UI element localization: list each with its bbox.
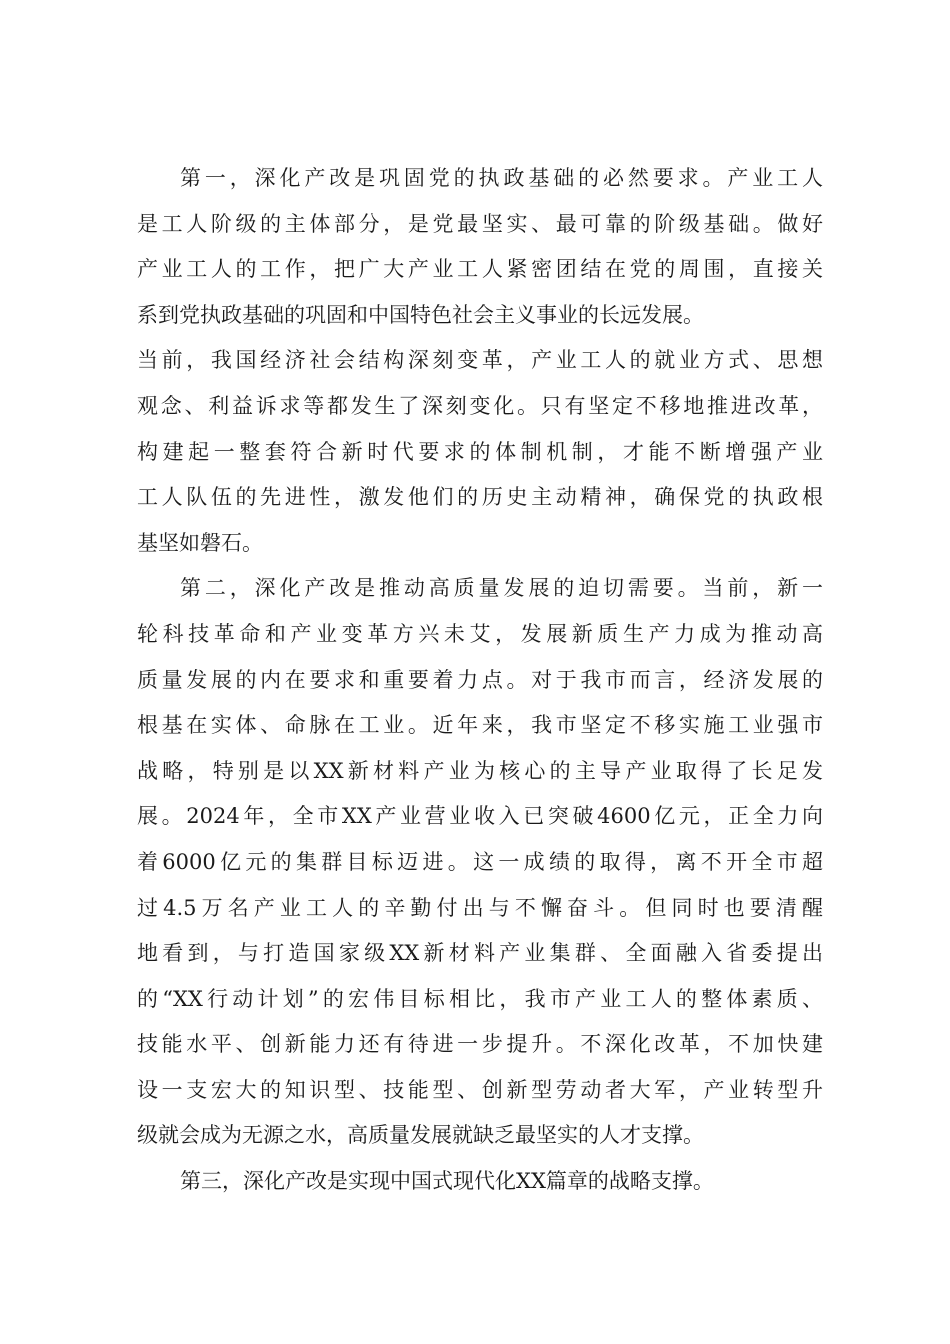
text-line: 产业工人的工作，把广大产业工人紧密团结在党的周围，直接关 <box>137 247 823 293</box>
text-line: 观念、利益诉求等都发生了深刻变化。只有坚定不移地推进改革， <box>137 384 823 430</box>
paragraph-2: 第二，深化产改是推动高质量发展的迫切需要。当前，新一 轮科技革命和产业变革方兴未… <box>137 566 823 1159</box>
text-line: 地看到，与打造国家级XX新材料产业集群、全面融入省委提出 <box>137 931 823 977</box>
text-line: 基坚如磐石。 <box>137 521 823 567</box>
text-line: 第一，深化产改是巩固党的执政基础的必然要求。产业工人 <box>137 156 823 202</box>
document-body: 第一，深化产改是巩固党的执政基础的必然要求。产业工人 是工人阶级的主体部分，是党… <box>137 156 823 1205</box>
text-line: 级就会成为无源之水，高质量发展就缺乏最坚实的人才支撑。 <box>137 1113 823 1159</box>
text-line: 当前，我国经济社会结构深刻变革，产业工人的就业方式、思想 <box>137 338 823 384</box>
text-line: 质量发展的内在要求和重要着力点。对于我市而言，经济发展的 <box>137 658 823 704</box>
text-line: 轮科技革命和产业变革方兴未艾，发展新质生产力成为推动高 <box>137 612 823 658</box>
text-line: 工人队伍的先进性，激发他们的历史主动精神，确保党的执政根 <box>137 475 823 521</box>
text-line: 设一支宏大的知识型、技能型、创新型劳动者大军，产业转型升 <box>137 1068 823 1114</box>
paragraph-1: 第一，深化产改是巩固党的执政基础的必然要求。产业工人 是工人阶级的主体部分，是党… <box>137 156 823 566</box>
paragraph-3: 第三，深化产改是实现中国式现代化XX篇章的战略支撑。 <box>137 1159 823 1205</box>
text-line: 技能水平、创新能力还有待进一步提升。不深化改革，不加快建 <box>137 1022 823 1068</box>
document-page: 第一，深化产改是巩固党的执政基础的必然要求。产业工人 是工人阶级的主体部分，是党… <box>0 0 950 1344</box>
text-line: 根基在实体、命脉在工业。近年来，我市坚定不移实施工业强市 <box>137 703 823 749</box>
text-line: 的“XX行动计划”的宏伟目标相比，我市产业工人的整体素质、 <box>137 977 823 1023</box>
text-line: 战略，特别是以XX新材料产业为核心的主导产业取得了长足发 <box>137 749 823 795</box>
text-line: 系到党执政基础的巩固和中国特色社会主义事业的长远发展。 <box>137 293 823 339</box>
text-line: 过4.5万名产业工人的辛勤付出与不懈奋斗。但同时也要清醒 <box>137 886 823 932</box>
text-line: 第三，深化产改是实现中国式现代化XX篇章的战略支撑。 <box>137 1159 823 1205</box>
text-line: 构建起一整套符合新时代要求的体制机制，才能不断增强产业 <box>137 430 823 476</box>
text-line: 第二，深化产改是推动高质量发展的迫切需要。当前，新一 <box>137 566 823 612</box>
text-line: 着6000亿元的集群目标迈进。这一成绩的取得，离不开全市超 <box>137 840 823 886</box>
text-line: 展。2024年，全市XX产业营业收入已突破4600亿元，正全力向 <box>137 794 823 840</box>
text-line: 是工人阶级的主体部分，是党最坚实、最可靠的阶级基础。做好 <box>137 202 823 248</box>
